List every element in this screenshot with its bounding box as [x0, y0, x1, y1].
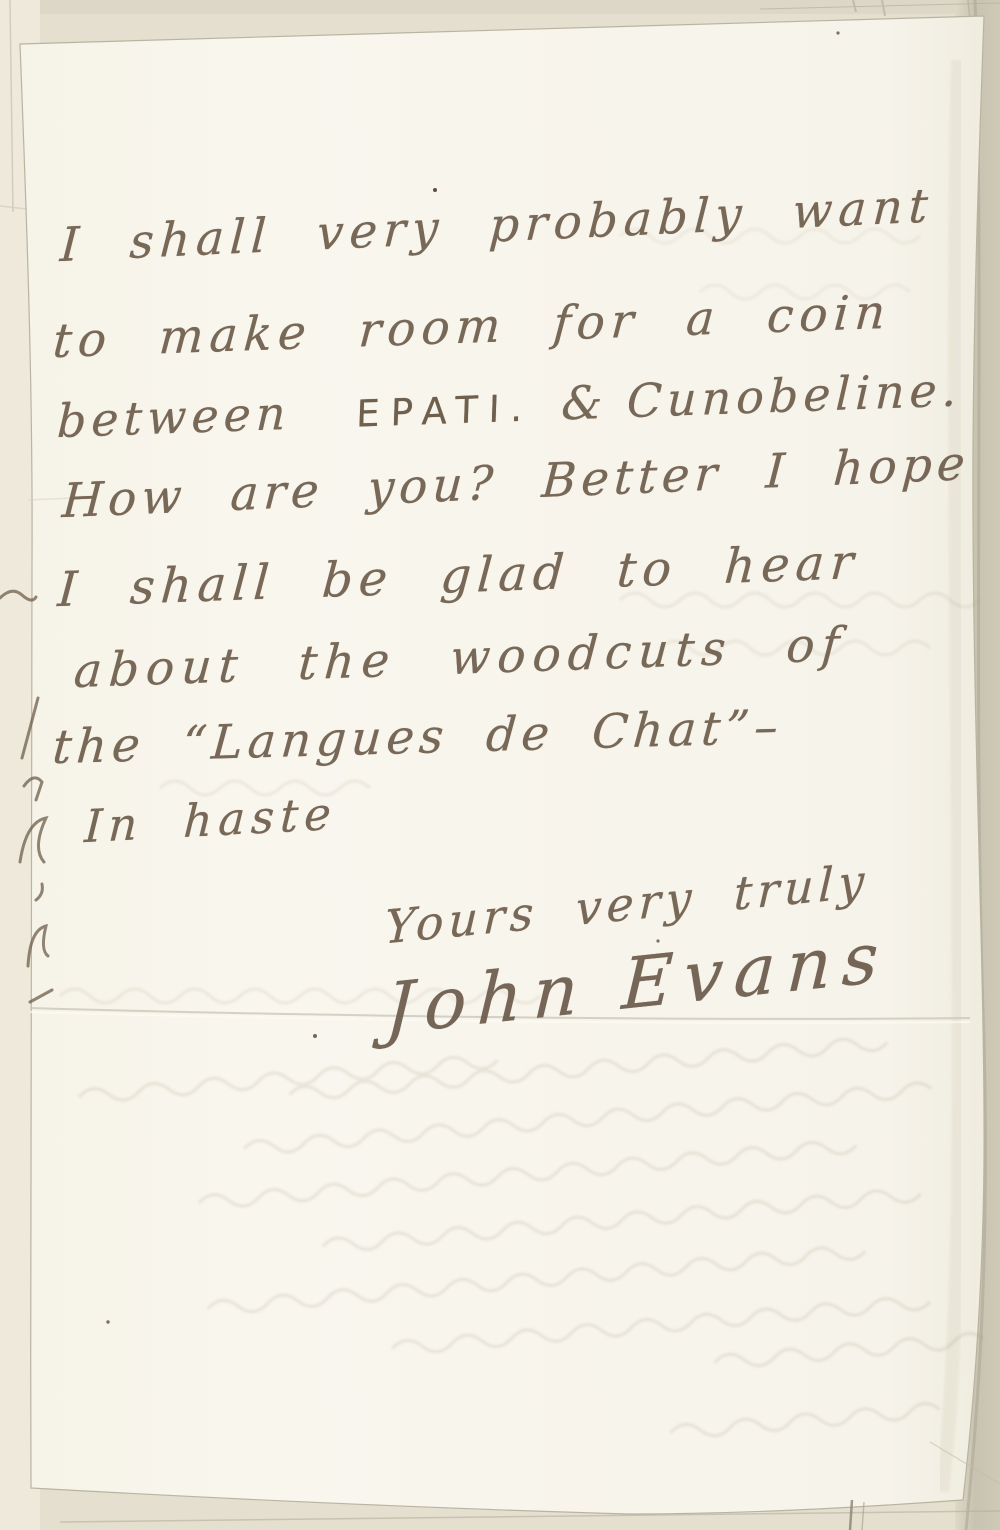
letter-line: about the woodcuts of: [72, 617, 848, 699]
letter-word: & Cunobeline.: [560, 362, 962, 430]
letter-line: How are you? Better I hope: [61, 436, 972, 529]
letter-word: between: [56, 386, 291, 448]
letter-line: to make room for a coin: [51, 285, 893, 369]
letter-line: the “Langues de Chat”–: [51, 700, 785, 776]
letter-line: I shall very probably want: [59, 178, 936, 273]
coin-legend: EPATI.: [356, 386, 534, 435]
letter-text: I shall very probably want to make room …: [0, 0, 1000, 1530]
letter-line: In haste: [83, 787, 338, 853]
letter-line: I shall be glad to hear: [56, 534, 861, 618]
letter-line: betweenEPATI.& Cunobeline.: [56, 362, 962, 448]
scanned-letter-photo: I shall very probably want to make room …: [0, 0, 1000, 1530]
